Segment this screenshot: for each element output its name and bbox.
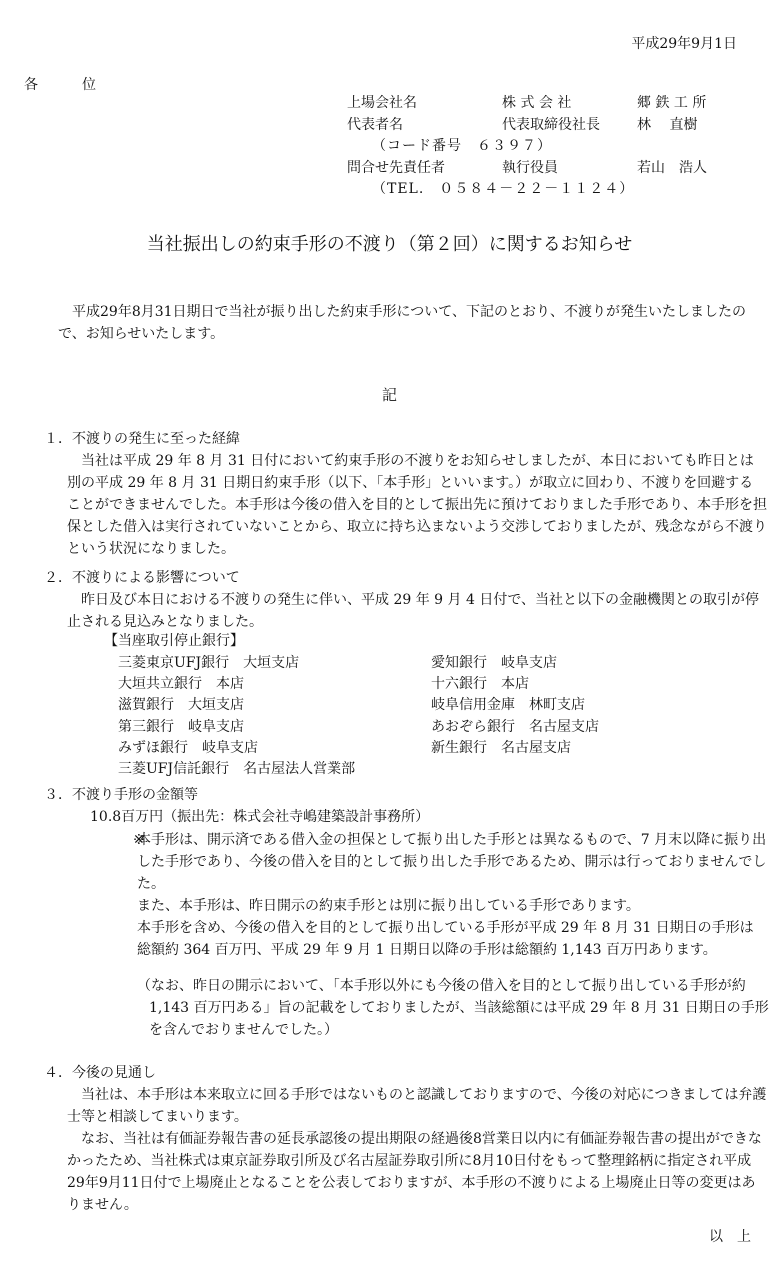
note-paragraph: 本手形は、開示済である借入金の担保として振り出した手形とは異なるもので、7 月末… [137, 829, 767, 895]
bank-item: 第三銀行 岐阜支店 [118, 716, 244, 738]
parenthetical-text: （なお、昨日の開示において、「本手形以外にも今後の借入を目的として振り出している… [137, 975, 769, 1041]
company-type: 株 式 会 社 [502, 92, 571, 114]
document-date: 平成29年9月1日 [631, 33, 737, 55]
closing-char: 以 [709, 1229, 723, 1245]
bank-row: 三菱東京UFJ銀行 大垣支店 愛知銀行 岐阜支店 [118, 652, 678, 673]
bank-item: 三菱UFJ信託銀行 名古屋法人営業部 [118, 758, 355, 780]
section-1-body: 当社は平成 29 年 8 月 31 日付において約束手形の不渡りをお知らせしまし… [67, 450, 767, 560]
contact-name: 若山 浩人 [637, 157, 707, 179]
section-1-text: 当社は平成 29 年 8 月 31 日付において約束手形の不渡りをお知らせしまし… [67, 450, 767, 560]
section-4-body: 当社は、本手形は本来取立に回る手形ではないものと認識しておりますので、今後の対応… [67, 1084, 767, 1216]
section-4-paragraph: なお、当社は有価証券報告書の延長承認後の提出期限の経過後8営業日以内に有価証券報… [67, 1128, 767, 1216]
bank-list: 三菱東京UFJ銀行 大垣支店 愛知銀行 岐阜支店 大垣共立銀行 本店 十六銀行 … [118, 652, 678, 779]
bank-row: 大垣共立銀行 本店 十六銀行 本店 [118, 673, 678, 694]
section-4-paragraph: 当社は、本手形は本来取立に回る手形ではないものと認識しておりますので、今後の対応… [67, 1084, 767, 1128]
dishonored-amount: 10.8百万円（振出先：株式会社寺嶋建築設計事務所） [90, 806, 429, 828]
representative-name: 林 直樹 [637, 114, 697, 136]
section-3-heading: ３．不渡り手形の金額等 [44, 784, 198, 806]
issuer-block: 上場会社名 株 式 会 社 郷 鉄 工 所 代表者名 代表取締役社長 林 直樹 … [347, 92, 747, 200]
company-name: 郷 鉄 工 所 [637, 92, 706, 114]
company-label: 上場会社名 [347, 92, 417, 114]
reference-mark: ※ [133, 829, 145, 851]
bank-row: みずほ銀行 岐阜支店 新生銀行 名古屋支店 [118, 737, 678, 758]
bank-item: 新生銀行 名古屋支店 [431, 737, 571, 759]
bank-item: 滋賀銀行 大垣支店 [118, 694, 244, 716]
note-paragraph: また、本手形は、昨日開示の約束手形とは別に振り出している手形であります。 [137, 895, 767, 917]
lead-text: 平成29年8月31日期日で当社が振り出した約束手形について、下記のとおり、不渡り… [58, 301, 758, 345]
bank-row: 三菱UFJ信託銀行 名古屋法人営業部 [118, 758, 678, 779]
bank-list-label: 【当座取引停止銀行】 [104, 630, 244, 652]
bank-item: 十六銀行 本店 [431, 673, 529, 695]
contact-tel: （TEL. ０５８４－２２－１１２４） [372, 178, 634, 200]
bank-item: 大垣共立銀行 本店 [118, 673, 244, 695]
parenthetical-note: （なお、昨日の開示において、「本手形以外にも今後の借入を目的として振り出している… [137, 975, 769, 1041]
bank-item: 三菱東京UFJ銀行 大垣支店 [118, 652, 299, 674]
contact-label: 問合せ先責任者 [347, 157, 445, 179]
ki-heading: 記 [0, 384, 779, 406]
note-paragraph: 本手形を含め、今後の借入を目的として振り出している手形が平成 29 年 8 月 … [137, 917, 767, 961]
addressee-char: 各 [24, 77, 38, 93]
section-2-text: 昨日及び本日における不渡りの発生に伴い、平成 29 年 9 月 4 日付で、当社… [67, 589, 767, 633]
closing-char: 上 [737, 1229, 751, 1245]
section-2-body: 昨日及び本日における不渡りの発生に伴い、平成 29 年 9 月 4 日付で、当社… [67, 589, 767, 633]
representative-label: 代表者名 [347, 114, 403, 136]
section-2-heading: ２．不渡りによる影響について [44, 567, 240, 589]
bank-row: 第三銀行 岐阜支店 あおぞら銀行 名古屋支店 [118, 716, 678, 737]
section-1-heading: １．不渡りの発生に至った経緯 [44, 428, 240, 450]
addressee-char: 位 [82, 77, 96, 93]
addressee: 各位 [24, 74, 96, 96]
section-4-heading: ４．今後の見通し [44, 1062, 156, 1084]
bank-item: 愛知銀行 岐阜支店 [431, 652, 557, 674]
bank-row: 滋賀銀行 大垣支店 岐阜信用金庫 林町支店 [118, 694, 678, 715]
bank-item: あおぞら銀行 名古屋支店 [431, 716, 599, 738]
document-title: 当社振出しの約束手形の不渡り（第２回）に関するお知らせ [0, 234, 779, 256]
representative-title: 代表取締役社長 [502, 114, 600, 136]
lead-paragraph: 平成29年8月31日期日で当社が振り出した約束手形について、下記のとおり、不渡り… [58, 301, 758, 345]
bank-item: 岐阜信用金庫 林町支店 [431, 694, 585, 716]
stock-code: （コード番号 ６３９７） [372, 135, 552, 157]
section-3-note: ※ 本手形は、開示済である借入金の担保として振り出した手形とは異なるもので、7 … [107, 829, 767, 961]
contact-title: 執行役員 [502, 157, 558, 179]
closing-mark: 以上 [709, 1226, 751, 1248]
bank-item: みずほ銀行 岐阜支店 [118, 737, 258, 759]
